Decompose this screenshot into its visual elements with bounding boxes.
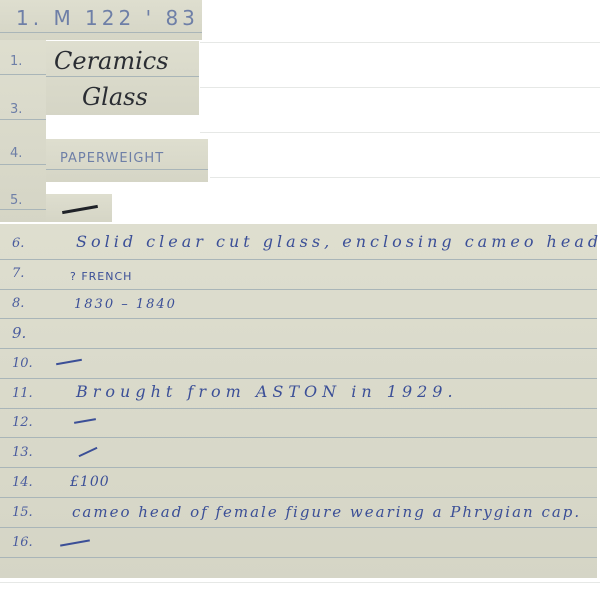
field-number: 4. [10,146,22,161]
ruled-line [0,437,597,438]
origin-text: ? FRENCH [70,270,132,283]
field-number: 6. [12,236,24,251]
category-patch: Ceramics Glass [46,41,199,115]
ruled-line [46,76,199,77]
object-name-patch: PAPERWEIGHT [46,139,208,182]
ruled-line [0,408,597,409]
field-number: 9. [12,324,26,342]
ruled-line [0,467,597,468]
field-number: 13. [12,445,33,460]
acquisition-text: Brought from ASTON in 1929. [76,382,458,401]
field-number: 8. [12,296,24,311]
empty-dash [60,539,90,546]
ruled-line [0,209,46,210]
empty-dash [62,205,98,214]
ruled-line [0,74,46,75]
row5-patch [46,194,112,222]
main-sheet: 6. Solid clear cut glass, enclosing came… [0,224,597,578]
empty-dash [79,447,98,457]
valuation-text: £100 [70,474,110,490]
ruled-line [0,557,597,558]
department-label: Ceramics [54,47,169,75]
category-label: Glass [82,83,148,111]
field-number: 12. [12,415,33,430]
field-number: 16. [12,535,33,550]
ruled-line [0,164,46,165]
faint-rule [200,87,600,88]
ruled-line [0,318,597,319]
field-number: 7. [12,266,24,281]
ruled-line [0,527,597,528]
field-number: 15. [12,505,33,520]
field-number: 14. [12,475,33,490]
faint-rule [200,42,600,43]
field-number: 11. [12,386,33,401]
faint-rule [0,582,600,583]
ruled-line [0,32,202,33]
field-number: 5. [10,193,22,208]
faint-rule [210,177,600,178]
object-name: PAPERWEIGHT [60,151,164,166]
header-patch: 1. M 122 ' 83 [0,0,202,40]
field-number: 3. [10,102,22,117]
ruled-line [0,289,597,290]
ruled-line [0,497,597,498]
ruled-line [0,119,46,120]
field-number: 10. [12,356,33,371]
margin-column: 1. 3. 4. 5. [0,40,46,222]
ruled-line [0,348,597,349]
faint-rule [200,132,600,133]
ruled-line [46,169,208,170]
ruled-line [0,378,597,379]
description-text: Solid clear cut glass, enclosing cameo h… [76,232,600,251]
remarks-text: cameo head of female figure wearing a Ph… [72,503,581,521]
date-text: 1830 – 1840 [74,297,177,312]
field-number: 1. [10,54,22,69]
ruled-line [0,259,597,260]
reference-number: 1. M 122 ' 83 [16,6,199,30]
empty-dash [74,418,96,424]
empty-dash [56,359,82,365]
